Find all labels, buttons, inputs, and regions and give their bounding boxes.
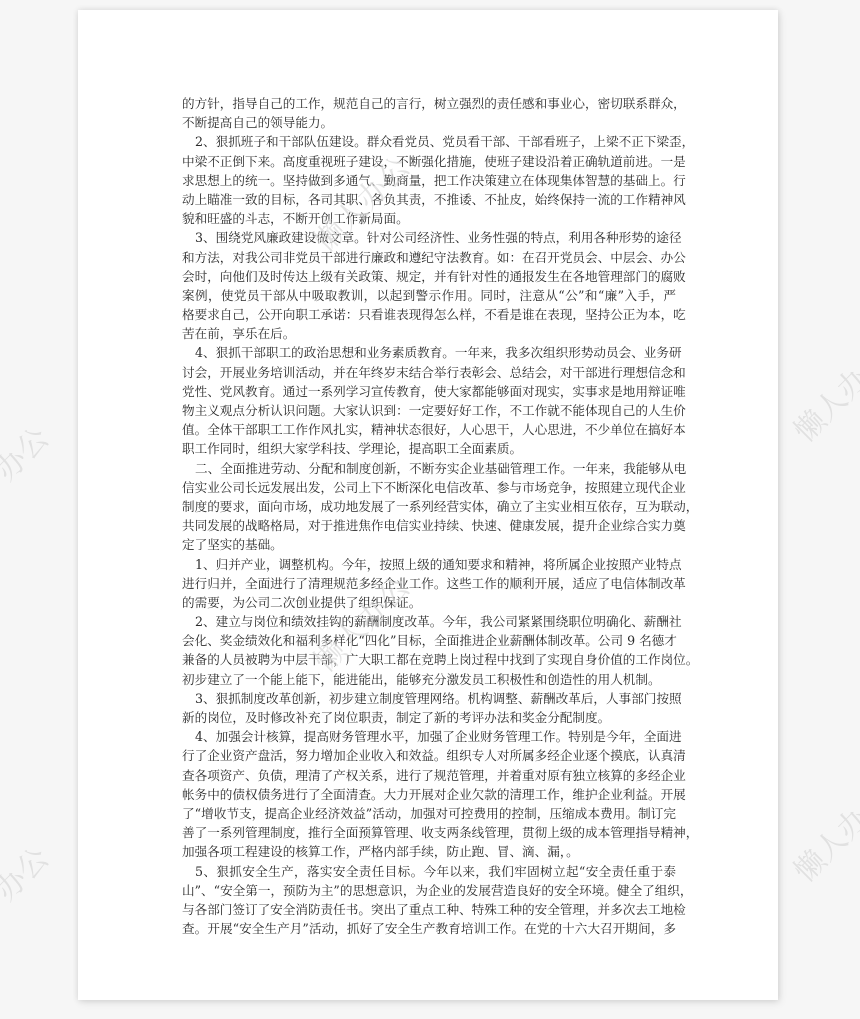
watermark-text: 懒人办公: [782, 774, 860, 890]
text-line: 初步建立了一个能上能下，能进能出，能够充分激发员工积极性和创造性的用人机制。: [182, 670, 676, 689]
text-line: 值。全体干部职工工作作风扎实，精神状态很好，人心思干，人心思进，不少单位在搞好本: [182, 420, 676, 439]
text-line: 会化、奖金绩效化和福利多样化“四化”目标，全面推进企业薪酬体制改革。公司 9 名…: [182, 631, 676, 650]
text-line: 二、全面推进劳动、分配和制度创新，不断夯实企业基础管理工作。一年来，我能够从电: [182, 459, 676, 478]
text-line: 2、建立与岗位和绩效挂钩的薪酬制度改革。今年，我公司紧紧围绕职位明确化、薪酬社: [182, 612, 676, 631]
text-line: 会时，向他们及时传达上级有关政策、规定，并有针对性的通报发生在各地管理部门的腐败: [182, 267, 676, 286]
text-line: 和方法，对我公司非党员干部进行廉政和遵纪守法教育。如：在召开党员会、中层会、办公: [182, 248, 676, 267]
text-line: 5、狠抓安全生产，落实安全责任目标。今年以来，我们牢固树立起“安全责任重于泰: [182, 862, 676, 881]
text-line: 动上瞄准一致的目标，各司其职、各负其责，不推诿、不扯皮，始终保持一流的工作精神风: [182, 190, 676, 209]
text-line: 查。开展“安全生产月”活动，抓好了安全生产教育培训工作。在党的十六大召开期间，多: [182, 919, 676, 938]
document-page: 的方针，指导自己的工作，规范自己的言行，树立强烈的责任感和事业心，密切联系群众，…: [78, 10, 778, 1000]
text-line: 进行归并，全面进行了清理规范多经企业工作。这些工作的顺利开展，适应了电信体制改革: [182, 574, 676, 593]
text-line: 善了一系列管理制度，推行全面预算管理、收支两条线管理，贯彻上级的成本管理指导精神…: [182, 823, 676, 842]
text-line: 讨会，开展业务培训活动，并在年终岁末结合举行表彰会、总结会，对干部进行理想信念和: [182, 363, 676, 382]
text-line: 行了企业资产盘活，努力增加企业收入和效益。组织专人对所属多经企业逐个摸底，认真清: [182, 746, 676, 765]
text-line: 3、围绕党风廉政建设做文章。针对公司经济性、业务性强的特点，利用各种形势的途径: [182, 228, 676, 247]
text-line: 帐务中的债权债务进行了全面清查。大力开展对企业欠款的清理工作，维护企业利益。开展: [182, 785, 676, 804]
text-line: 信实业公司长远发展出发，公司上下不断深化电信改革、参与市场竞争，按照建立现代企业: [182, 478, 676, 497]
text-line: 制度的要求，面向市场，成功地发展了一系列经营实体，确立了主实业相互依存，互为联动…: [182, 497, 676, 516]
text-line: 格要求自己，公开向职工承诺：只看谁表现得怎么样，不看是谁在表现，坚持公正为本，吃: [182, 305, 676, 324]
text-line: 4、加强会计核算，提高财务管理水平，加强了企业财务管理工作。特别是今年，全面进: [182, 727, 676, 746]
text-line: 职工作同时，组织大家学科技、学理论，提高职工全面素质。: [182, 439, 676, 458]
text-line: 的方针，指导自己的工作，规范自己的言行，树立强烈的责任感和事业心，密切联系群众，: [182, 94, 676, 113]
text-line: 求思想上的统一。坚持做到多通气、勤商量，把工作决策建立在体现集体智慧的基础上。行: [182, 171, 676, 190]
text-line: 中梁不正倒下来。高度重视班子建设，不断强化措施，使班子建设沿着正确轨道前进。一是: [182, 152, 676, 171]
text-line: 物主义观点分析认识问题。大家认识到：一定要好好工作，不工作就不能体现自己的人生价: [182, 401, 676, 420]
document-body: 的方针，指导自己的工作，规范自己的言行，树立强烈的责任感和事业心，密切联系群众，…: [182, 94, 676, 938]
text-line: 了“增收节支，提高企业经济效益”活动，加强对可控费用的控制，压缩成本费用。制订完: [182, 804, 676, 823]
text-line: 案例，使党员干部从中吸取教训，以起到警示作用。同时，注意从“公”和“廉”入手，严: [182, 286, 676, 305]
text-line: 4、狠抓干部职工的政治思想和业务素质教育。一年来，我多次组织形势动员会、业务研: [182, 343, 676, 362]
text-line: 山”、“安全第一，预防为主”的思想意识，为企业的发展营造良好的安全环境。健全了组…: [182, 881, 676, 900]
text-line: 不断提高自己的领导能力。: [182, 113, 676, 132]
text-line: 新的岗位，及时修改补充了岗位职责，制定了新的考评办法和奖金分配制度。: [182, 708, 676, 727]
text-line: 苦在前，享乐在后。: [182, 324, 676, 343]
text-line: 貌和旺盛的斗志，不断开创工作新局面。: [182, 209, 676, 228]
text-line: 3、狠抓制度改革创新，初步建立制度管理网络。机构调整、薪酬改革后，人事部门按照: [182, 689, 676, 708]
text-line: 加强各项工程建设的核算工作，严格内部手续，防止跑、冒、滴、漏，。: [182, 842, 676, 861]
watermark-text: 懒人办公: [782, 334, 860, 450]
text-line: 2、狠抓班子和干部队伍建设。群众看党员、党员看干部、干部看班子，上梁不正下梁歪，: [182, 132, 676, 151]
text-line: 共同发展的战略格局，对于推进焦作电信实业持续、快速、健康发展，提升企业综合实力奠: [182, 516, 676, 535]
text-line: 1、归并产业，调整机构。今年，按照上级的通知要求和精神，将所属企业按照产业特点: [182, 555, 676, 574]
text-line: 查各项资产、负债，理清了产权关系，进行了规范管理，并着重对原有独立核算的多经企业: [182, 766, 676, 785]
watermark-text: 办公: [0, 415, 57, 489]
text-line: 党性、党风教育。通过一系列学习宣传教育，使大家都能够面对现实，实事求是地用辩证唯: [182, 382, 676, 401]
text-line: 定了坚实的基础。: [182, 535, 676, 554]
text-line: 的需要，为公司二次创业提供了组织保证。: [182, 593, 676, 612]
watermark-text: 办公: [0, 835, 57, 909]
text-line: 与各部门签订了安全消防责任书。突出了重点工种、特殊工种的安全管理，并多次去工地检: [182, 900, 676, 919]
text-line: 兼备的人员被聘为中层干部，广大职工都在竞聘上岗过程中找到了实现自身价值的工作岗位…: [182, 650, 676, 669]
